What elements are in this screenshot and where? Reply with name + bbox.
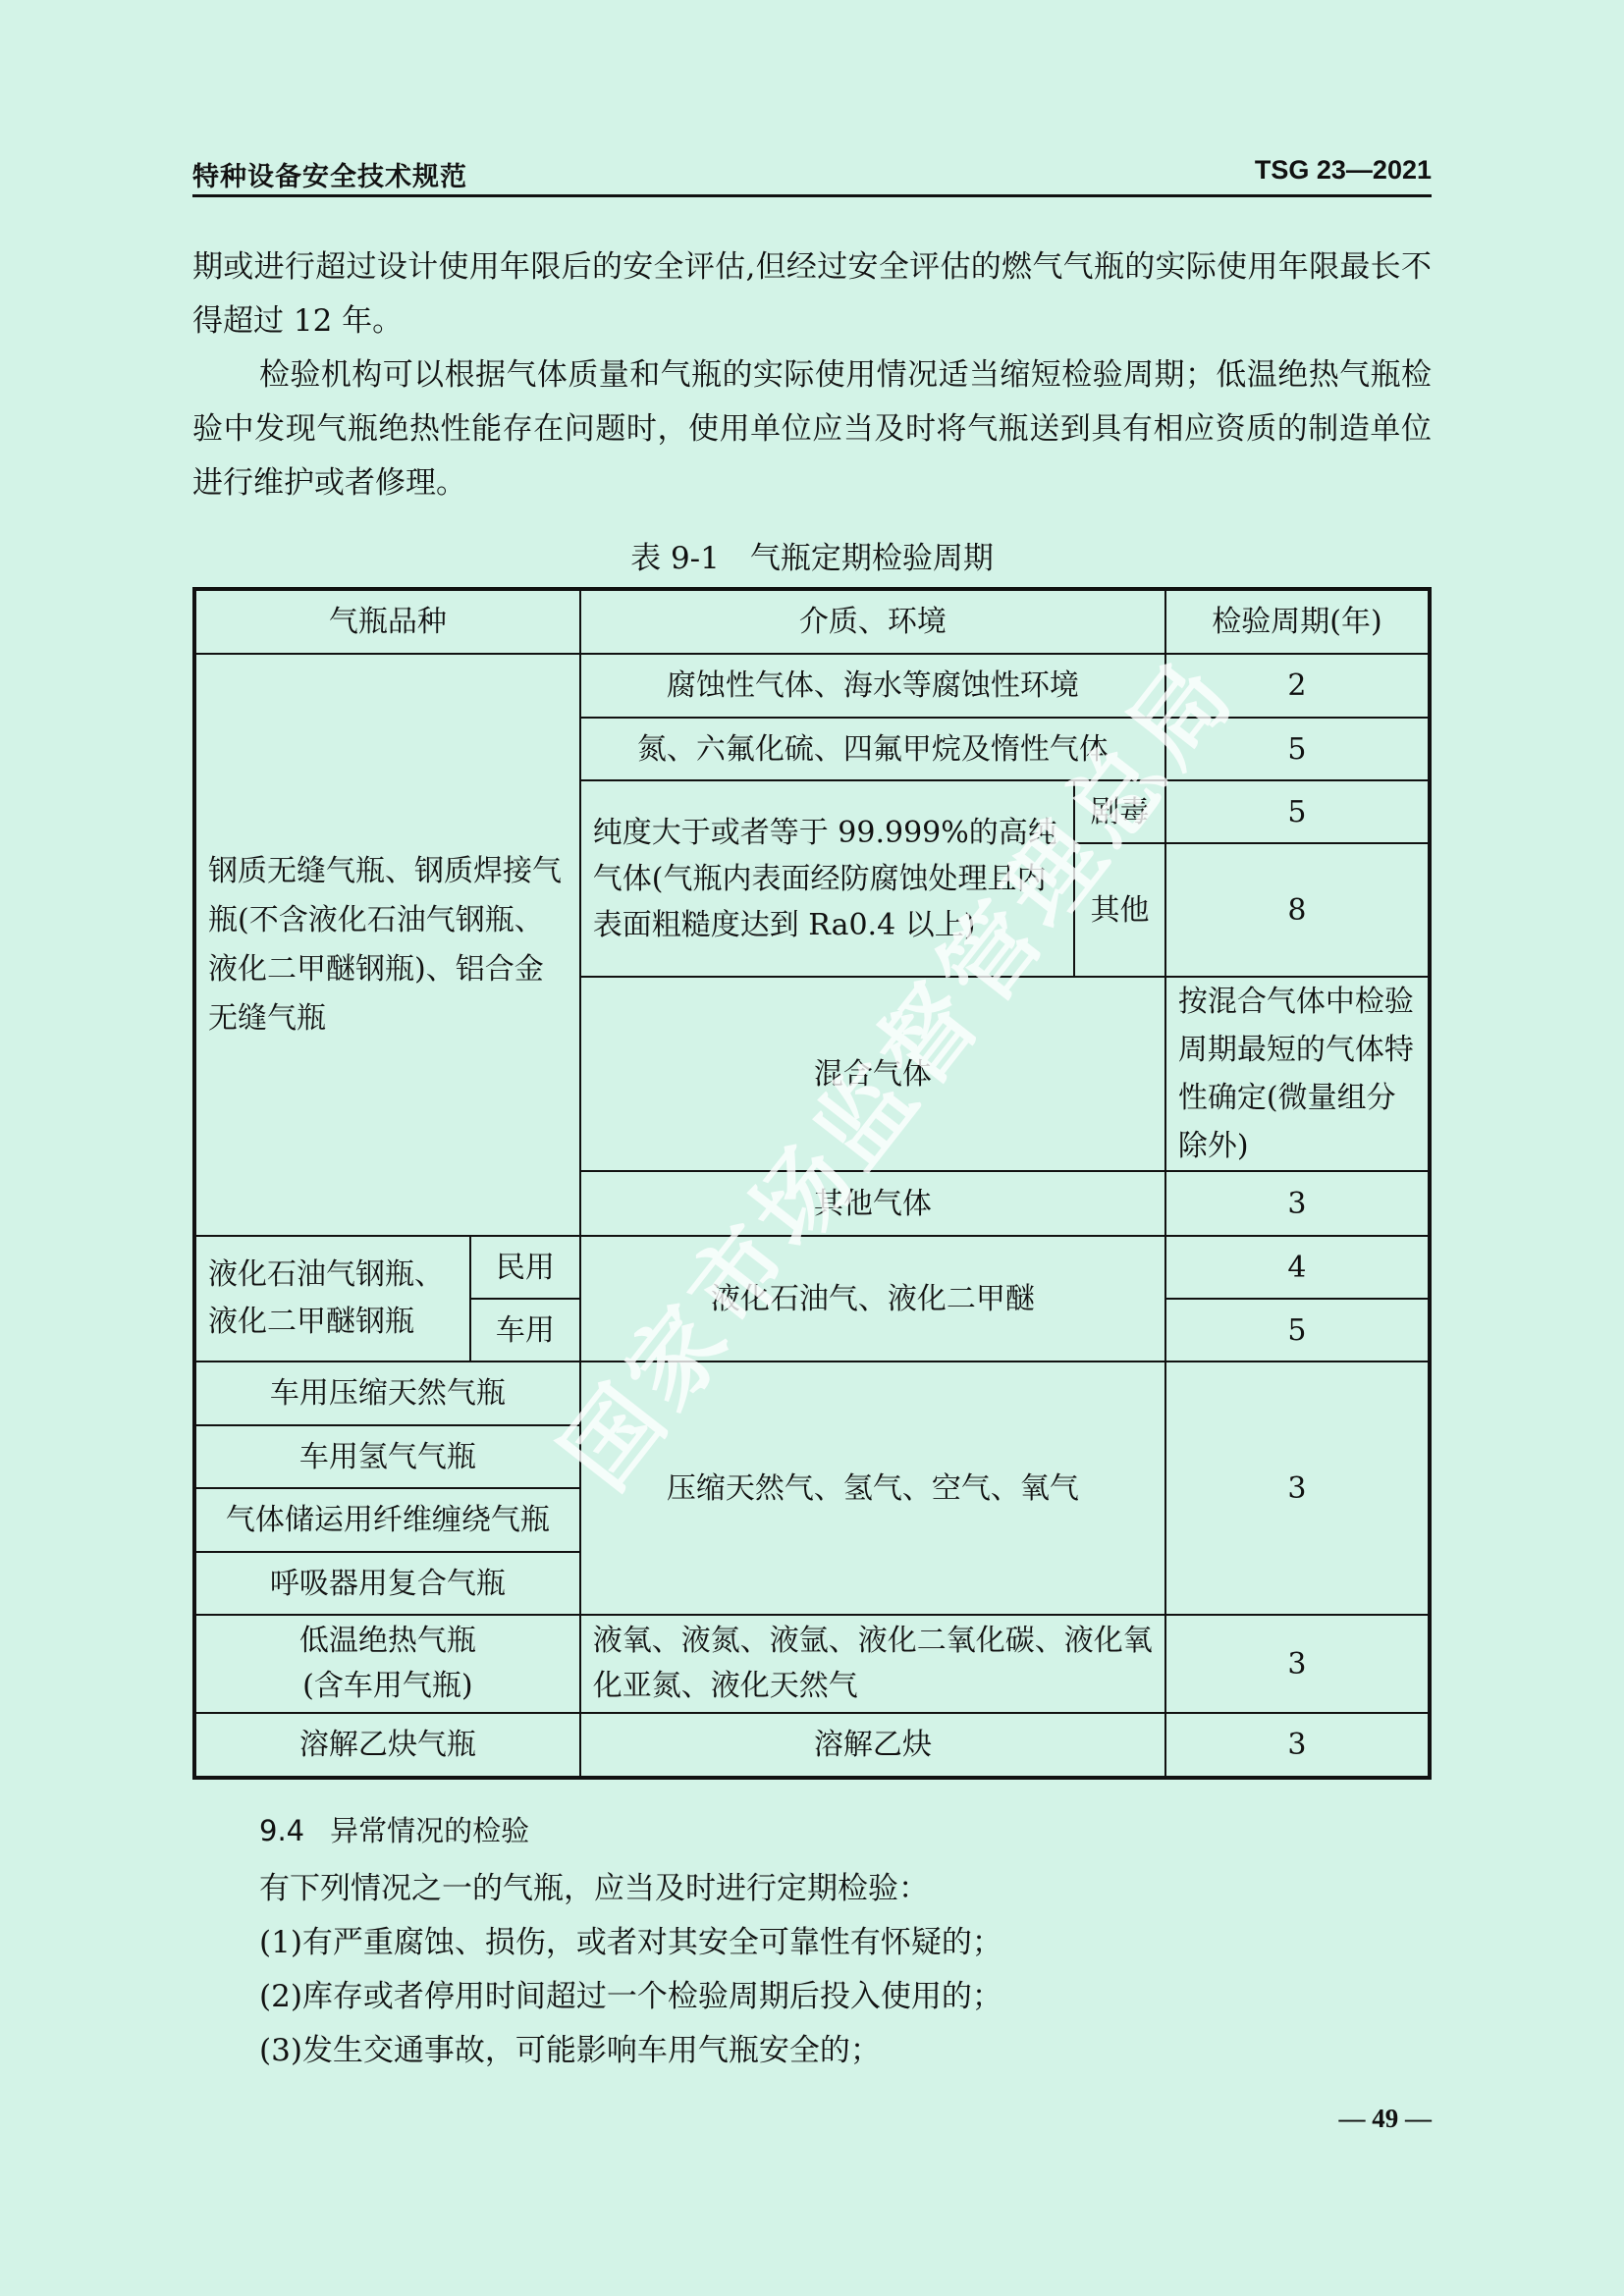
table-row: 车用压缩天然气瓶 压缩天然气、氢气、空气、氧气 3 bbox=[194, 1362, 1430, 1425]
section-title: 异常情况的检验 bbox=[330, 1814, 529, 1847]
running-header-code: TSG 23—2021 bbox=[1255, 155, 1432, 186]
cell-sub-highly-toxic: 剧毒 bbox=[1074, 780, 1165, 843]
cell-period: 5 bbox=[1165, 718, 1430, 780]
cell-medium-lpg-dme: 液化石油气、液化二甲醚 bbox=[580, 1236, 1165, 1362]
cell-medium: 其他气体 bbox=[580, 1171, 1165, 1236]
cell-medium: 腐蚀性气体、海水等腐蚀性环境 bbox=[580, 654, 1165, 718]
cryogenic-line2: (含车用气瓶) bbox=[208, 1664, 568, 1709]
cell-type-breathing: 呼吸器用复合气瓶 bbox=[194, 1552, 580, 1615]
cell-sub-civil: 民用 bbox=[470, 1236, 580, 1299]
cell-type-fiber-wound: 气体储运用纤维缠绕气瓶 bbox=[194, 1488, 580, 1552]
table-header-row: 气瓶品种 介质、环境 检验周期(年) bbox=[194, 589, 1430, 654]
cell-period: 3 bbox=[1165, 1171, 1430, 1236]
cell-period: 5 bbox=[1165, 780, 1430, 843]
header-period: 检验周期(年) bbox=[1165, 589, 1430, 654]
cell-period: 2 bbox=[1165, 654, 1430, 718]
section-number: 9.4 bbox=[259, 1814, 304, 1847]
cell-type-cryogenic: 低温绝热气瓶 (含车用气瓶) bbox=[194, 1615, 580, 1713]
header-divider bbox=[192, 194, 1432, 197]
cell-period: 3 bbox=[1165, 1713, 1430, 1778]
cell-medium-compressed: 压缩天然气、氢气、空气、氧气 bbox=[580, 1362, 1165, 1615]
table-row: 钢质无缝气瓶、钢质焊接气瓶(不含液化石油气钢瓶、液化二甲醚钢瓶)、铝合金无缝气瓶… bbox=[194, 654, 1430, 718]
cell-period-mixed-gas: 按混合气体中检验周期最短的气体特性确定(微量组分除外) bbox=[1165, 977, 1430, 1171]
table-row: 溶解乙炔气瓶 溶解乙炔 3 bbox=[194, 1713, 1430, 1778]
list-item: (1)有严重腐蚀、损伤，或者对其安全可靠性有怀疑的； bbox=[259, 1916, 1002, 1970]
inspection-period-table: 气瓶品种 介质、环境 检验周期(年) 钢质无缝气瓶、钢质焊接气瓶(不含液化石油气… bbox=[192, 587, 1432, 1780]
paragraph-inspection-agency: 检验机构可以根据气体质量和气瓶的实际使用情况适当缩短检验周期；低温绝热气瓶检验中… bbox=[192, 348, 1432, 510]
running-header-title: 特种设备安全技术规范 bbox=[192, 155, 467, 193]
table-row: 低温绝热气瓶 (含车用气瓶) 液氧、液氮、液氩、液化二氧化碳、液化氧化亚氮、液化… bbox=[194, 1615, 1430, 1713]
cell-medium-acetylene: 溶解乙炔 bbox=[580, 1713, 1165, 1778]
section-heading: 9.4异常情况的检验 bbox=[259, 1809, 529, 1849]
cell-type-lpg-dme: 液化石油气钢瓶、液化二甲醚钢瓶 bbox=[194, 1236, 470, 1362]
cell-type-hydrogen: 车用氢气气瓶 bbox=[194, 1425, 580, 1488]
cell-type-steel-cylinders: 钢质无缝气瓶、钢质焊接气瓶(不含液化石油气钢瓶、液化二甲醚钢瓶)、铝合金无缝气瓶 bbox=[194, 654, 580, 1236]
cell-period: 3 bbox=[1165, 1615, 1430, 1713]
header-medium: 介质、环境 bbox=[580, 589, 1165, 654]
list-item: (3)发生交通事故，可能影响车用气瓶安全的； bbox=[259, 2024, 881, 2078]
cell-sub-other: 其他 bbox=[1074, 843, 1165, 977]
section-intro: 有下列情况之一的气瓶，应当及时进行定期检验： bbox=[259, 1862, 929, 1916]
cell-medium-mixed-gas: 混合气体 bbox=[580, 977, 1165, 1171]
header-cylinder-type: 气瓶品种 bbox=[194, 589, 580, 654]
cell-medium-cryogenic: 液氧、液氮、液氩、液化二氧化碳、液化氧化亚氮、液化天然气 bbox=[580, 1615, 1165, 1713]
table-caption: 表 9-1 气瓶定期检验周期 bbox=[0, 533, 1624, 577]
cell-medium: 氮、六氟化硫、四氟甲烷及惰性气体 bbox=[580, 718, 1165, 780]
cell-sub-vehicle: 车用 bbox=[470, 1299, 580, 1362]
table-row: 液化石油气钢瓶、液化二甲醚钢瓶 民用 液化石油气、液化二甲醚 4 bbox=[194, 1236, 1430, 1299]
page-number: — 49 — bbox=[1339, 2104, 1433, 2134]
cell-medium-high-purity: 纯度大于或者等于 99.999%的高纯气体(气瓶内表面经防腐蚀处理且内表面粗糙度… bbox=[580, 780, 1074, 977]
paragraph-continuation: 期或进行超过设计使用年限后的安全评估,但经过安全评估的燃气气瓶的实际使用年限最长… bbox=[192, 240, 1432, 348]
cell-period: 8 bbox=[1165, 843, 1430, 977]
list-item: (2)库存或者停用时间超过一个检验周期后投入使用的； bbox=[259, 1970, 1002, 2024]
cell-type-acetylene: 溶解乙炔气瓶 bbox=[194, 1713, 580, 1778]
cryogenic-line1: 低温绝热气瓶 bbox=[208, 1619, 568, 1664]
cell-period: 5 bbox=[1165, 1299, 1430, 1362]
cell-period: 3 bbox=[1165, 1362, 1430, 1615]
cell-period: 4 bbox=[1165, 1236, 1430, 1299]
cell-type-cng: 车用压缩天然气瓶 bbox=[194, 1362, 580, 1425]
